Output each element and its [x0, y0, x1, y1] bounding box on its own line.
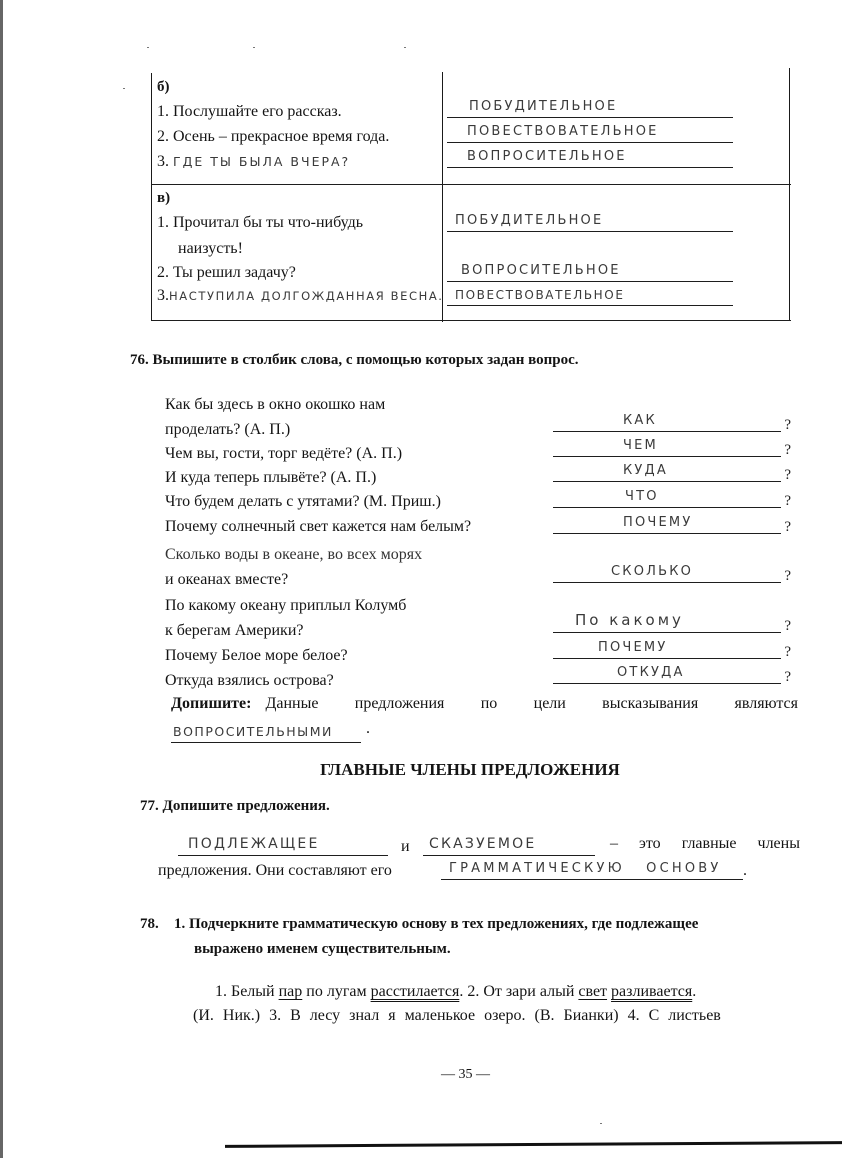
conclusion-label: Допишите:: [171, 695, 251, 713]
answer-v3: повествовательное: [455, 288, 625, 302]
answer-text: что: [625, 489, 659, 504]
answer-field-b3[interactable]: вопросительное: [447, 142, 733, 168]
scan-speck: [147, 47, 149, 48]
task-78-title-line1: 1. Подчеркните грамматическую основу в т…: [174, 916, 698, 933]
underlined-subject[interactable]: пар: [279, 983, 303, 1000]
answer-field-b1[interactable]: побудительное: [447, 92, 733, 118]
task-77-text-after: –этоглавныечлены: [610, 835, 800, 853]
conclusion-answer-field[interactable]: вопросительными: [171, 717, 361, 743]
sentence-b2: 2. Осень – прекрасное время года.: [157, 128, 389, 146]
task-76-title: 76. Выпишите в столбик слова, с помощью …: [130, 352, 579, 369]
answer-text: почему: [598, 640, 667, 655]
answer-field-76-5[interactable]: почему ?: [553, 508, 789, 534]
answer-field-76-9[interactable]: откуда ?: [553, 658, 789, 684]
conjunction: и: [401, 838, 410, 856]
answer-grammatical-basis: грамматическую основу: [449, 861, 722, 876]
answer-text: По какому: [575, 611, 684, 629]
answer-field-76-4[interactable]: что ?: [553, 482, 789, 508]
sentence-b3: 3. Где ты была вчера?: [157, 153, 350, 171]
answer-field-76-3[interactable]: куда ?: [553, 456, 789, 482]
answer-field-v2[interactable]: вопросительное: [447, 256, 733, 282]
task-77-line2: предложения. Они составляют его: [158, 862, 392, 880]
sentence-line: к берегам Америки?: [165, 622, 303, 640]
answer-subject: подлежащее: [188, 836, 320, 852]
handwritten-sentence-v3[interactable]: Наступила долгожданная весна.: [169, 289, 444, 303]
scan-speck: [404, 47, 406, 48]
sentence-line: И куда теперь плывёте? (А. П.): [165, 469, 376, 487]
task-78-sentences-line1: 1. Белый пар по лугам расстилается. 2. О…: [215, 983, 696, 1001]
conclusion-words: Данныепредложенияпоцеливысказыванияявляю…: [265, 695, 798, 713]
handwritten-sentence-b3[interactable]: Где ты была вчера?: [173, 154, 350, 169]
answer-field-77-1[interactable]: подлежащее: [178, 830, 388, 856]
sentence-v3: 3.Наступила долгожданная весна.: [157, 287, 444, 305]
answer-b3: вопросительное: [467, 149, 627, 164]
sentence-line: Откуда взялись острова?: [165, 672, 334, 690]
underlined-predicate[interactable]: разливается: [611, 983, 692, 1000]
answer-text: сколько: [611, 564, 693, 579]
table-bottom-border: [151, 320, 791, 321]
task-77-period: .: [743, 862, 747, 880]
answer-v1: побудительное: [455, 213, 603, 228]
conclusion-period: .: [366, 720, 370, 738]
answer-field-v3[interactable]: повествовательное: [447, 280, 733, 306]
scan-speck: [600, 1123, 602, 1124]
sentence-line: По какому океану приплыл Колумб: [165, 597, 406, 615]
section-v-label: в): [157, 190, 170, 207]
conclusion-answer: вопросительными: [173, 724, 333, 739]
answer-field-b2[interactable]: повествовательное: [447, 117, 733, 143]
sentence-line: Как бы здесь в окно окошко нам: [165, 396, 385, 414]
sentence-v1-line1: 1. Прочитал бы ты что-нибудь: [157, 214, 363, 232]
answer-field-76-8[interactable]: почему ?: [553, 633, 789, 659]
sentence-v1-line2: наизусть!: [178, 240, 243, 258]
answer-text: куда: [623, 463, 668, 478]
section-b-label: б): [157, 79, 170, 96]
answer-text: чем: [623, 438, 658, 453]
answer-field-77-3[interactable]: грамматическую основу: [441, 854, 743, 880]
sentence-line: и океанах вместе?: [165, 571, 288, 589]
page-number: — 35 —: [441, 1067, 490, 1083]
answer-v2: вопросительное: [461, 263, 621, 278]
sentence-line: Почему солнечный свет кажется нам белым?: [165, 518, 471, 536]
sentence-line: Что будем делать с утятами? (М. Приш.): [165, 493, 441, 511]
underlined-predicate[interactable]: расстилается: [371, 983, 460, 1000]
sentence-line: Почему Белое море белое?: [165, 647, 348, 665]
question-mark: ?: [784, 568, 791, 585]
answer-b1: побудительное: [469, 99, 617, 114]
sentence-line: Чем вы, гости, торг ведёте? (А. П.): [165, 445, 402, 463]
answer-field-77-2[interactable]: сказуемое: [423, 830, 595, 856]
table-right-border: [789, 68, 790, 320]
sentence-b1: 1. Послушайте его рассказ.: [157, 103, 342, 121]
task-78-number: 78.: [140, 916, 159, 933]
question-mark: ?: [784, 669, 791, 686]
answer-b2: повествовательное: [467, 124, 659, 139]
task-78-title-line2: выражено именем существительным.: [194, 941, 451, 958]
task-76-conclusion: Допишите: Данныепредложенияпоцеливысказы…: [171, 695, 798, 713]
answer-predicate: сказуемое: [429, 836, 536, 852]
underlined-subject[interactable]: свет: [578, 983, 607, 1000]
task-78-sentences-line2: (И. Ник.) 3. В лесу знал я маленькое озе…: [193, 1007, 721, 1025]
sentence-line: проделать? (А. П.): [165, 421, 290, 439]
answer-field-76-7[interactable]: По какому ?: [553, 607, 789, 633]
sentence-v2: 2. Ты решил задачу?: [157, 264, 296, 282]
table-middle-border: [442, 72, 443, 322]
answer-field-76-6[interactable]: сколько ?: [553, 557, 789, 583]
table-row-divider: [151, 184, 791, 185]
answer-field-v1[interactable]: побудительное: [447, 206, 733, 232]
answer-field-76-1[interactable]: как ?: [553, 406, 789, 432]
section-heading: ГЛАВНЫЕ ЧЛЕНЫ ПРЕДЛОЖЕНИЯ: [0, 760, 842, 780]
question-mark: ?: [784, 519, 791, 536]
sentence-line: Сколько воды в океане, во всех морях: [165, 546, 422, 564]
scan-speck: [253, 47, 255, 48]
answer-text: откуда: [617, 665, 685, 680]
scan-left-edge: [0, 0, 3, 1158]
answer-text: как: [623, 413, 657, 428]
task-77-title: 77. Допишите предложения.: [140, 798, 330, 815]
answer-field-76-2[interactable]: чем ?: [553, 431, 789, 457]
table-left-border: [151, 73, 152, 321]
answer-text: почему: [623, 515, 692, 530]
scan-speck: [123, 88, 125, 89]
scan-bottom-edge: [225, 1141, 842, 1148]
